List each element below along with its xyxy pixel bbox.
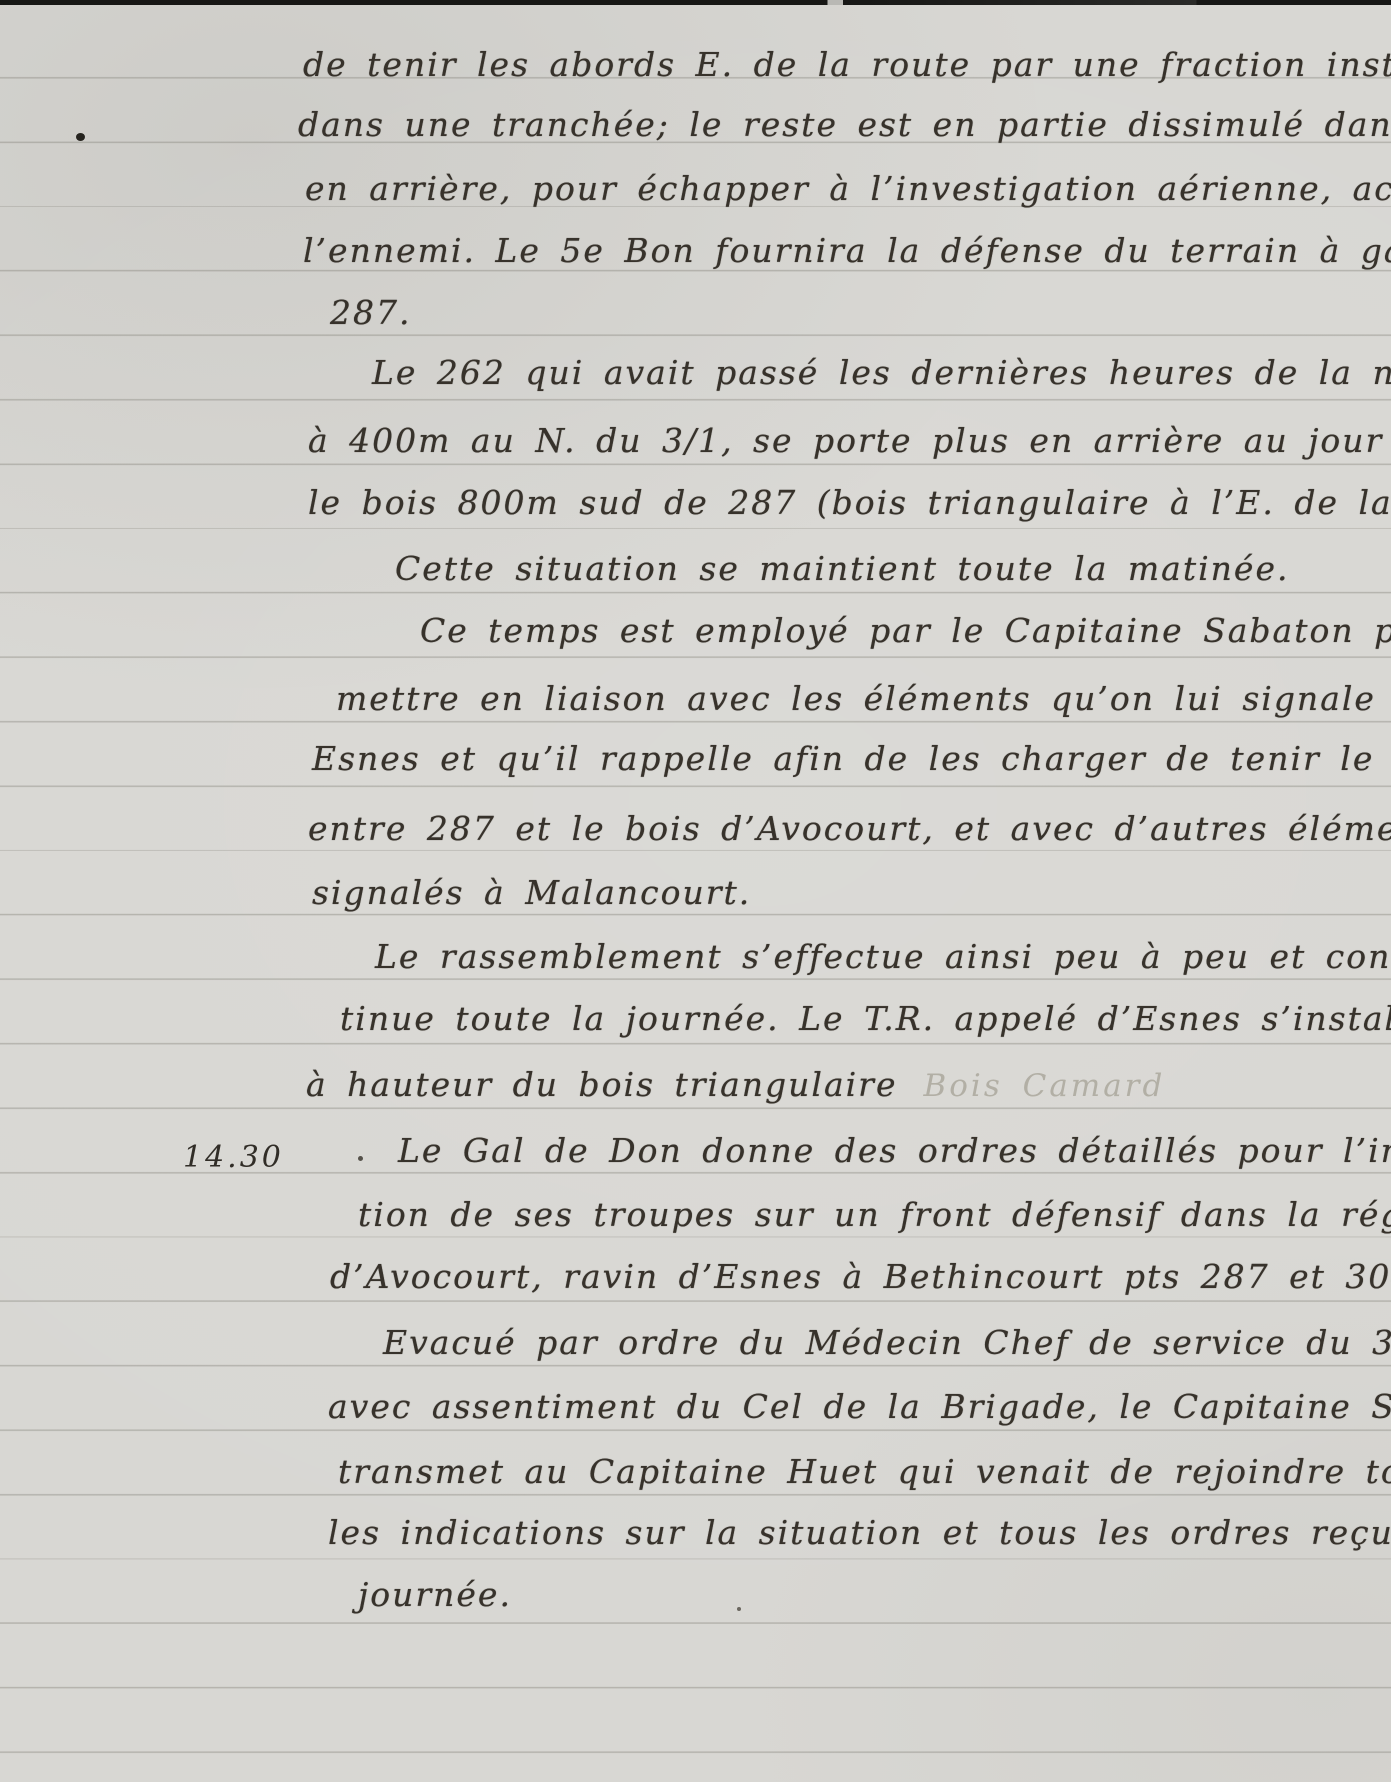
margin-time-note: 14.30 <box>183 1140 284 1175</box>
handwritten-line: Le rassemblement s’effectue ainsi peu à … <box>375 940 1391 973</box>
handwritten-line: le bois 800m sud de 287 (bois triangulai… <box>308 486 1391 519</box>
handwritten-line: les indications sur la situation et tous… <box>328 1516 1391 1549</box>
handwritten-line: Evacué par ordre du Médecin Chef de serv… <box>383 1326 1391 1359</box>
handwritten-line: en arrière, pour échapper à l’investigat… <box>305 172 1391 205</box>
scanned-journal-page: 14.30 de tenir les abords E. de la route… <box>0 0 1391 1782</box>
handwritten-line-text: signalés à Malancourt. <box>312 873 751 912</box>
handwritten-line: 287. <box>330 296 411 329</box>
handwritten-line-text: à 400m au N. du 3/1, se porte plus en ar… <box>308 421 1391 460</box>
handwritten-line: journée. <box>358 1578 512 1611</box>
handwritten-line: à 400m au N. du 3/1, se porte plus en ar… <box>308 424 1391 457</box>
handwritten-line-text: tinue toute la journée. Le T.R. appelé d… <box>340 999 1391 1038</box>
handwritten-line-text: Esnes et qu’il rappelle afin de les char… <box>312 739 1391 778</box>
handwritten-line: Ce temps est employé par le Capitaine Sa… <box>420 614 1391 647</box>
pencil-annotation: Bois Camard <box>897 1068 1165 1104</box>
handwritten-line: tion de ses troupes sur un front défensi… <box>358 1198 1391 1231</box>
handwritten-line: signalés à Malancourt. <box>312 876 751 909</box>
handwritten-line-text: le bois 800m sud de 287 (bois triangulai… <box>308 483 1391 522</box>
handwritten-line-text: Le rassemblement s’effectue ainsi peu à … <box>375 937 1391 976</box>
handwritten-line-text: l’ennemi. Le 5e Bon fournira la défense … <box>303 231 1391 270</box>
handwritten-line-text: 287. <box>330 293 411 332</box>
handwritten-line-text: d’Avocourt, ravin d’Esnes à Bethincourt … <box>330 1257 1391 1296</box>
handwritten-line-text: Evacué par ordre du Médecin Chef de serv… <box>383 1323 1391 1362</box>
handwritten-line: entre 287 et le bois d’Avocourt, et avec… <box>308 812 1391 845</box>
handwritten-line-text: en arrière, pour échapper à l’investigat… <box>305 169 1391 208</box>
ink-speck <box>76 133 85 141</box>
handwritten-line-text: tion de ses troupes sur un front défensi… <box>358 1195 1391 1234</box>
handwritten-line-text: à hauteur du bois triangulaire <box>306 1065 897 1104</box>
scan-edge-artifact <box>0 0 1391 5</box>
handwritten-line-text: Le 262 qui avait passé les dernières heu… <box>372 353 1391 392</box>
handwritten-line: l’ennemi. Le 5e Bon fournira la défense … <box>303 234 1391 267</box>
handwritten-line: Le 262 qui avait passé les dernières heu… <box>372 356 1391 389</box>
handwritten-line-text: journée. <box>358 1575 512 1614</box>
handwritten-line-text: Cette situation se maintient toute la ma… <box>395 549 1289 588</box>
ink-speck <box>358 1156 363 1161</box>
handwritten-line: transmet au Capitaine Huet qui venait de… <box>338 1455 1391 1488</box>
handwritten-line: de tenir les abords E. de la route par u… <box>303 48 1391 81</box>
handwritten-line: Cette situation se maintient toute la ma… <box>395 552 1289 585</box>
handwritten-line: tinue toute la journée. Le T.R. appelé d… <box>340 1002 1391 1035</box>
handwritten-line-text: entre 287 et le bois d’Avocourt, et avec… <box>308 809 1391 848</box>
handwritten-line: avec assentiment du Cel de la Brigade, l… <box>328 1390 1391 1423</box>
handwritten-line-text: de tenir les abords E. de la route par u… <box>303 45 1391 84</box>
handwritten-line: Esnes et qu’il rappelle afin de les char… <box>312 742 1391 775</box>
handwritten-line: dans une tranchée; le reste est en parti… <box>298 108 1391 141</box>
handwritten-line: mettre en liaison avec les éléments qu’o… <box>336 682 1391 715</box>
handwritten-line: d’Avocourt, ravin d’Esnes à Bethincourt … <box>330 1260 1391 1293</box>
handwritten-line: Le Gal de Don donne des ordres détaillés… <box>398 1134 1391 1167</box>
handwritten-line-text: les indications sur la situation et tous… <box>328 1513 1391 1552</box>
handwritten-line-text: Ce temps est employé par le Capitaine Sa… <box>420 611 1391 650</box>
handwritten-line-text: mettre en liaison avec les éléments qu’o… <box>336 679 1391 718</box>
handwritten-line-text: transmet au Capitaine Huet qui venait de… <box>338 1452 1391 1491</box>
handwritten-line-text: dans une tranchée; le reste est en parti… <box>298 105 1391 144</box>
handwritten-line: à hauteur du bois triangulaireBois Camar… <box>306 1068 1165 1102</box>
ink-speck <box>737 1607 741 1611</box>
handwritten-line-text: Le Gal de Don donne des ordres détaillés… <box>398 1131 1391 1170</box>
handwritten-line-text: avec assentiment du Cel de la Brigade, l… <box>328 1387 1391 1426</box>
